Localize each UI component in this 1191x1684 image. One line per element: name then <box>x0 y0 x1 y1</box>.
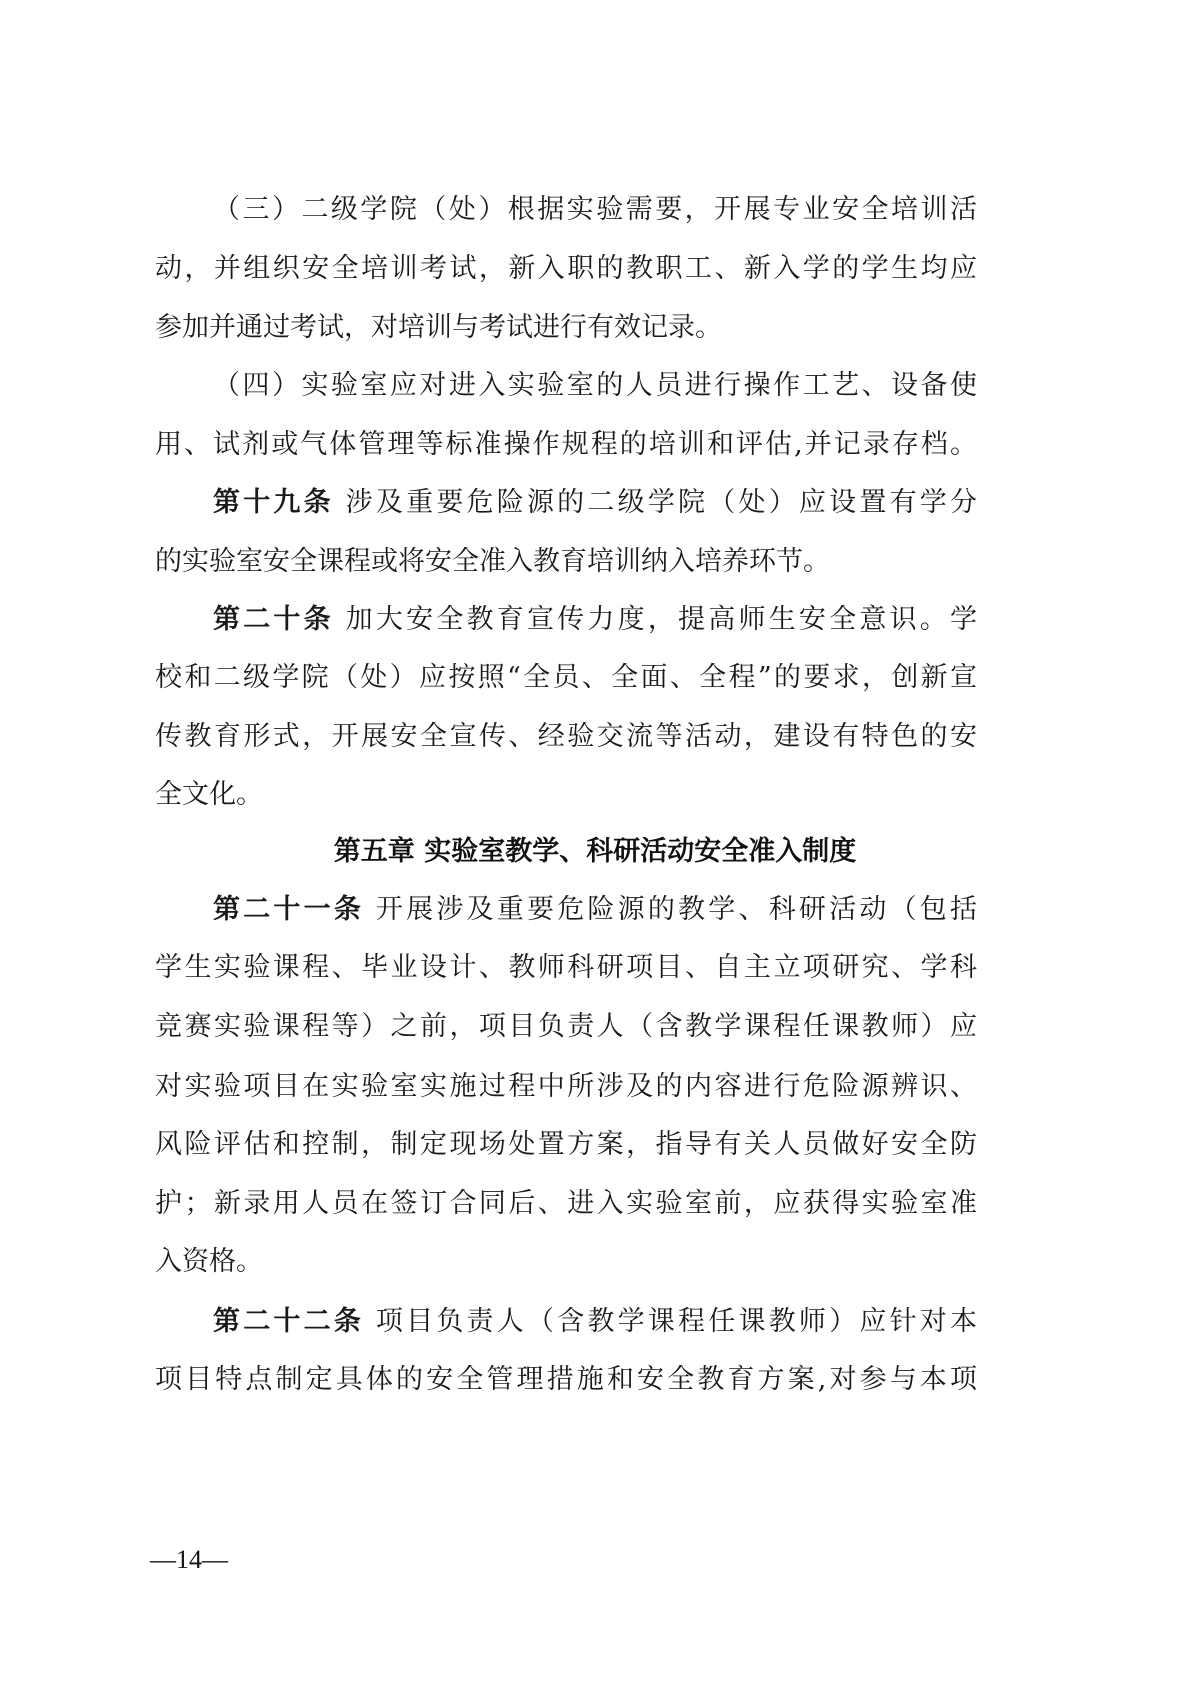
article-20-text: 加大安全教育宣传力度，提高师生安全意识。学 <box>334 604 977 635</box>
article-22-line-2: 项目特点制定具体的安全管理措施和安全教育方案,对参与本项 <box>155 1360 977 1400</box>
article-21-label: 第二十一条 <box>213 894 364 925</box>
item-4-line-2: 用、试剂或气体管理等标准操作规程的培训和评估,并记录存档。 <box>155 425 977 465</box>
article-22-label: 第二十二条 <box>213 1306 364 1337</box>
item-3-line-2: 动，并组织安全培训考试，新入职的教职工、新入学的学生均应 <box>155 249 977 289</box>
article-20-line-3: 传教育形式，开展安全宣传、经验交流等活动，建设有特色的安 <box>155 717 977 757</box>
item-3-line-1: （三）二级学院（处）根据实验需要，开展专业安全培训活 <box>213 190 977 230</box>
article-20-label: 第二十条 <box>213 604 334 635</box>
document-page: （三）二级学院（处）根据实验需要，开展专业安全培训活 动，并组织安全培训考试，新… <box>0 0 1191 1684</box>
article-19-label: 第十九条 <box>213 487 334 518</box>
article-21-line-2: 学生实验课程、毕业设计、教师科研项目、自主立项研究、学科 <box>155 948 977 988</box>
article-21-line-1: 第二十一条 开展涉及重要危险源的教学、科研活动（包括 <box>213 890 977 930</box>
article-21-line-5: 风险评估和控制，制定现场处置方案，指导有关人员做好安全防 <box>155 1125 977 1165</box>
article-22-line-1: 第二十二条 项目负责人（含教学课程任课教师）应针对本 <box>213 1302 977 1342</box>
item-3-line-3: 参加并通过考试，对培训与考试进行有效记录。 <box>155 308 977 348</box>
chapter-heading: 第五章 实验室教学、科研活动安全准入制度 <box>155 832 1035 872</box>
article-20-line-1: 第二十条 加大安全教育宣传力度，提高师生安全意识。学 <box>213 600 977 640</box>
article-21-line-7: 入资格。 <box>155 1242 977 1282</box>
page-number: —14— <box>150 1542 228 1578</box>
article-22-text: 项目负责人（含教学课程任课教师）应针对本 <box>364 1306 977 1337</box>
article-19-text: 涉及重要危险源的二级学院（处）应设置有学分 <box>334 487 977 518</box>
article-19-line-2: 的实验室安全课程或将安全准入教育培训纳入培养环节。 <box>155 542 977 582</box>
article-21-line-3: 竞赛实验课程等）之前，项目负责人（含教学课程任课教师）应 <box>155 1007 977 1047</box>
article-21-text: 开展涉及重要危险源的教学、科研活动（包括 <box>364 894 977 925</box>
article-21-line-4: 对实验项目在实验室实施过程中所涉及的内容进行危险源辨识、 <box>155 1067 977 1107</box>
article-21-line-6: 护；新录用人员在签订合同后、进入实验室前，应获得实验室准 <box>155 1184 977 1224</box>
article-20-line-4: 全文化。 <box>155 775 977 815</box>
item-4-line-1: （四）实验室应对进入实验室的人员进行操作工艺、设备使 <box>213 366 977 406</box>
article-19-line-1: 第十九条 涉及重要危险源的二级学院（处）应设置有学分 <box>213 483 977 523</box>
article-20-line-2: 校和二级学院（处）应按照“全员、全面、全程”的要求，创新宣 <box>155 658 977 698</box>
